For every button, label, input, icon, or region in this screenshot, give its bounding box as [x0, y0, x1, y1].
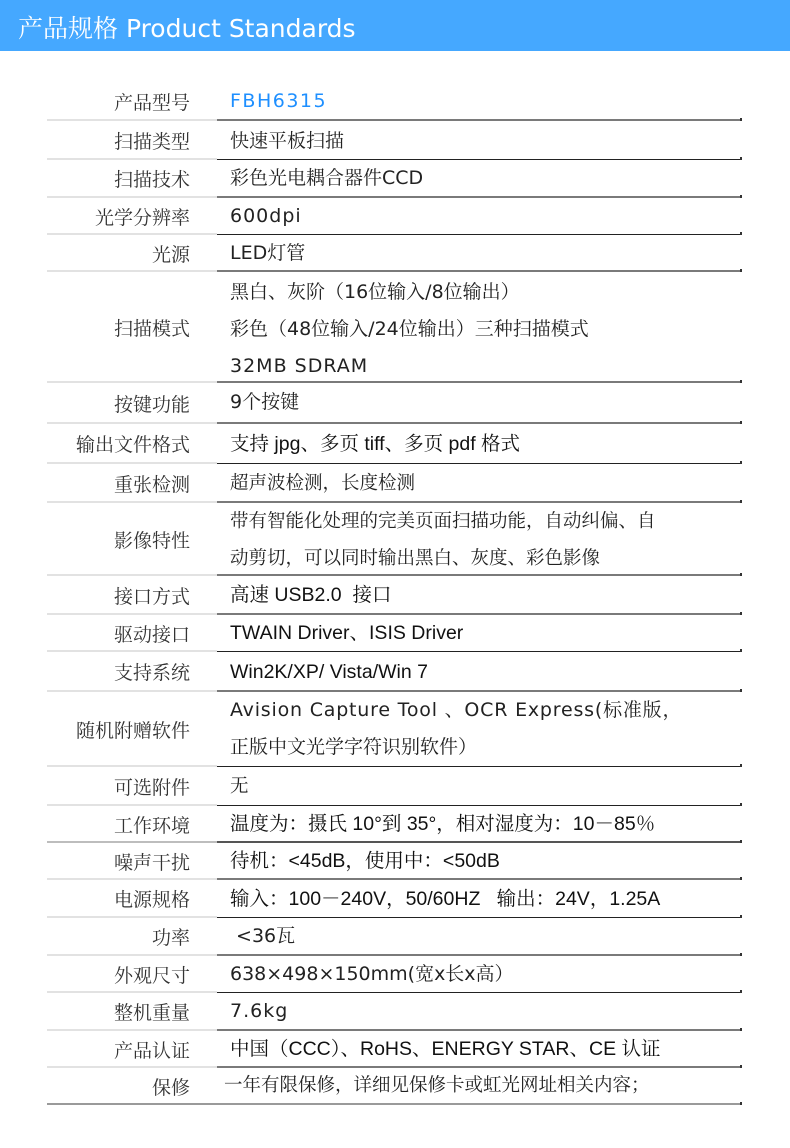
spec-value-line: 32MB SDRAM	[230, 348, 741, 385]
spec-label: 驱动接口	[47, 619, 190, 646]
spec-value: LED灯管	[230, 235, 741, 272]
spec-value: 支持 jpg、多页 tiff、多页 pdf 格式	[230, 426, 741, 463]
spec-row-optional-accessories: 可选附件 无	[47, 767, 741, 806]
spec-row-output-format: 输出文件格式 支持 jpg、多页 tiff、多页 pdf 格式	[47, 424, 741, 464]
spec-row-warranty: 保修 一年有限保修，详细见保修卡或虹光网址相关内容；	[47, 1068, 741, 1105]
page-title: 产品规格 Product Standards	[18, 9, 356, 45]
spec-value-line: TWAIN Driver、ISIS Driver	[230, 615, 741, 652]
spec-row-scan-type: 扫描类型 快速平板扫描	[47, 121, 741, 160]
spec-row-certification: 产品认证 中国（CCC）、RoHS、ENERGY STAR、CE 认证	[47, 1031, 741, 1068]
spec-value-line: 带有智能化处理的完美页面扫描功能，自动纠偏、自	[230, 503, 741, 540]
spec-row-power-spec: 电源规格 输入：100－240V，50/60HZ 输出：24V，1.25A	[47, 880, 741, 918]
spec-value-line: 彩色光电耦合器件CCD	[230, 160, 741, 197]
spec-value: 输入：100－240V，50/60HZ 输出：24V，1.25A	[230, 881, 741, 918]
spec-value: 无	[230, 768, 741, 805]
spec-value-line: 无	[230, 768, 741, 805]
spec-label: 可选附件	[47, 772, 190, 799]
spec-value: 638×498×150mm(宽x长x高）	[230, 956, 741, 993]
spec-label: 扫描技术	[47, 165, 190, 192]
spec-row-environment: 工作环境 温度为：摄氏 10°到 35°，相对湿度为：10－85％	[47, 806, 741, 843]
spec-value: 快速平板扫描	[230, 123, 741, 160]
spec-value: 超声波检测，长度检测	[230, 465, 741, 502]
spec-value: 600dpi	[230, 198, 741, 235]
spec-value-line: 快速平板扫描	[230, 123, 741, 160]
spec-value-line: 7.6kg	[230, 993, 741, 1030]
spec-label: 功率	[47, 923, 190, 950]
spec-label: 整机重量	[47, 998, 190, 1025]
spec-value-line: 动剪切，可以同时输出黑白、灰度、彩色影像	[230, 540, 741, 577]
spec-value-line: FBH6315	[230, 83, 741, 120]
spec-value-line: 中国（CCC）、RoHS、ENERGY STAR、CE 认证	[230, 1031, 741, 1068]
spec-label: 扫描类型	[47, 126, 190, 153]
spec-row-noise: 噪声干扰 待机：<45dB，使用中：<50dB	[47, 843, 741, 880]
spec-value: FBH6315	[230, 83, 741, 120]
spec-value-line: 待机：<45dB，使用中：<50dB	[230, 843, 741, 880]
spec-row-power-consumption: 功率 <36瓦	[47, 918, 741, 956]
spec-value: 带有智能化处理的完美页面扫描功能，自动纠偏、自 动剪切，可以同时输出黑白、灰度、…	[230, 503, 741, 577]
spec-row-bundled-software: 随机附赠软件 Avision Capture Tool 、OCR Express…	[47, 692, 741, 767]
spec-value-line: 黑白、灰阶（16位输入/8位输出）	[230, 274, 741, 311]
spec-value-line: 输入：100－240V，50/60HZ 输出：24V，1.25A	[230, 881, 741, 918]
spec-value-line: 彩色（48位输入/24位输出）三种扫描模式	[230, 311, 741, 348]
spec-value: 7.6kg	[230, 993, 741, 1030]
spec-value: 9个按键	[230, 384, 741, 421]
header-bar: 产品规格 Product Standards	[0, 0, 790, 51]
spec-row-light-source: 光源 LED灯管	[47, 235, 741, 272]
spec-label: 输出文件格式	[47, 430, 190, 457]
spec-value-line: <36瓦	[230, 918, 741, 955]
spec-label: 接口方式	[47, 581, 190, 608]
spec-row-image-features: 影像特性 带有智能化处理的完美页面扫描功能，自动纠偏、自 动剪切，可以同时输出黑…	[47, 503, 741, 576]
spec-label: 随机附赠软件	[47, 715, 190, 742]
spec-value: 温度为：摄氏 10°到 35°，相对湿度为：10－85％	[230, 806, 741, 843]
spec-label: 光源	[47, 239, 190, 266]
spec-row-interface: 接口方式 高速 USB2.0 接口	[47, 576, 741, 615]
row-divider-end	[740, 1102, 742, 1105]
spec-label: 电源规格	[47, 885, 190, 912]
row-divider	[47, 1103, 217, 1105]
spec-label: 外观尺寸	[47, 960, 190, 987]
spec-label: 保修	[47, 1072, 190, 1099]
spec-value: 待机：<45dB，使用中：<50dB	[230, 843, 741, 880]
spec-value: <36瓦	[230, 918, 741, 955]
spec-value-line: 高速 USB2.0 接口	[230, 577, 741, 614]
spec-row-scan-tech: 扫描技术 彩色光电耦合器件CCD	[47, 160, 741, 198]
spec-value-line: Win2K/XP/ Vista/Win 7	[230, 654, 741, 691]
row-divider	[217, 1103, 741, 1105]
spec-row-double-feed: 重张检测 超声波检测，长度检测	[47, 464, 741, 503]
spec-value-line: LED灯管	[230, 235, 741, 272]
spec-value: 黑白、灰阶（16位输入/8位输出） 彩色（48位输入/24位输出）三种扫描模式 …	[230, 274, 741, 385]
spec-row-os: 支持系统 Win2K/XP/ Vista/Win 7	[47, 652, 741, 692]
spec-value-line: 温度为：摄氏 10°到 35°，相对湿度为：10－85％	[230, 806, 741, 843]
spec-value-line: 600dpi	[230, 198, 741, 235]
spec-value: 中国（CCC）、RoHS、ENERGY STAR、CE 认证	[230, 1031, 741, 1068]
spec-label: 噪声干扰	[47, 847, 190, 874]
spec-value-line: 支持 jpg、多页 tiff、多页 pdf 格式	[230, 426, 741, 463]
spec-value: Avision Capture Tool 、OCR Express(标准版， 正…	[230, 692, 741, 766]
spec-label: 工作环境	[47, 810, 190, 837]
spec-value: 高速 USB2.0 接口	[230, 577, 741, 614]
spec-row-driver: 驱动接口 TWAIN Driver、ISIS Driver	[47, 615, 741, 652]
spec-row-resolution: 光学分辨率 600dpi	[47, 198, 741, 235]
spec-row-dimensions: 外观尺寸 638×498×150mm(宽x长x高）	[47, 956, 741, 993]
spec-label: 影像特性	[47, 525, 190, 552]
spec-value: 一年有限保修，详细见保修卡或虹光网址相关内容；	[224, 1067, 741, 1104]
spec-label: 光学分辨率	[47, 202, 190, 229]
spec-row-weight: 整机重量 7.6kg	[47, 993, 741, 1031]
spec-value-line: 正版中文光学字符识别软件）	[230, 729, 741, 766]
spec-table: 产品型号 FBH6315 扫描类型 快速平板扫描 扫描技术 彩色光电耦合器件CC…	[47, 82, 741, 1105]
spec-row-buttons: 按键功能 9个按键	[47, 383, 741, 424]
spec-label: 重张检测	[47, 469, 190, 496]
spec-label: 产品型号	[47, 87, 190, 114]
spec-value-line: 一年有限保修，详细见保修卡或虹光网址相关内容；	[224, 1067, 741, 1104]
spec-value-line: 638×498×150mm(宽x长x高）	[230, 956, 741, 993]
spec-label: 支持系统	[47, 658, 190, 685]
spec-value-line: Avision Capture Tool 、OCR Express(标准版，	[230, 692, 741, 729]
spec-value: 彩色光电耦合器件CCD	[230, 160, 741, 197]
spec-value-line: 9个按键	[230, 384, 741, 421]
spec-value: TWAIN Driver、ISIS Driver	[230, 615, 741, 652]
spec-value-line: 超声波检测，长度检测	[230, 465, 741, 502]
spec-row-scan-mode: 扫描模式 黑白、灰阶（16位输入/8位输出） 彩色（48位输入/24位输出）三种…	[47, 272, 741, 383]
spec-label: 扫描模式	[47, 313, 190, 340]
spec-row-model: 产品型号 FBH6315	[47, 82, 741, 121]
spec-value: Win2K/XP/ Vista/Win 7	[230, 654, 741, 691]
spec-label: 按键功能	[47, 389, 190, 416]
spec-label: 产品认证	[47, 1035, 190, 1062]
